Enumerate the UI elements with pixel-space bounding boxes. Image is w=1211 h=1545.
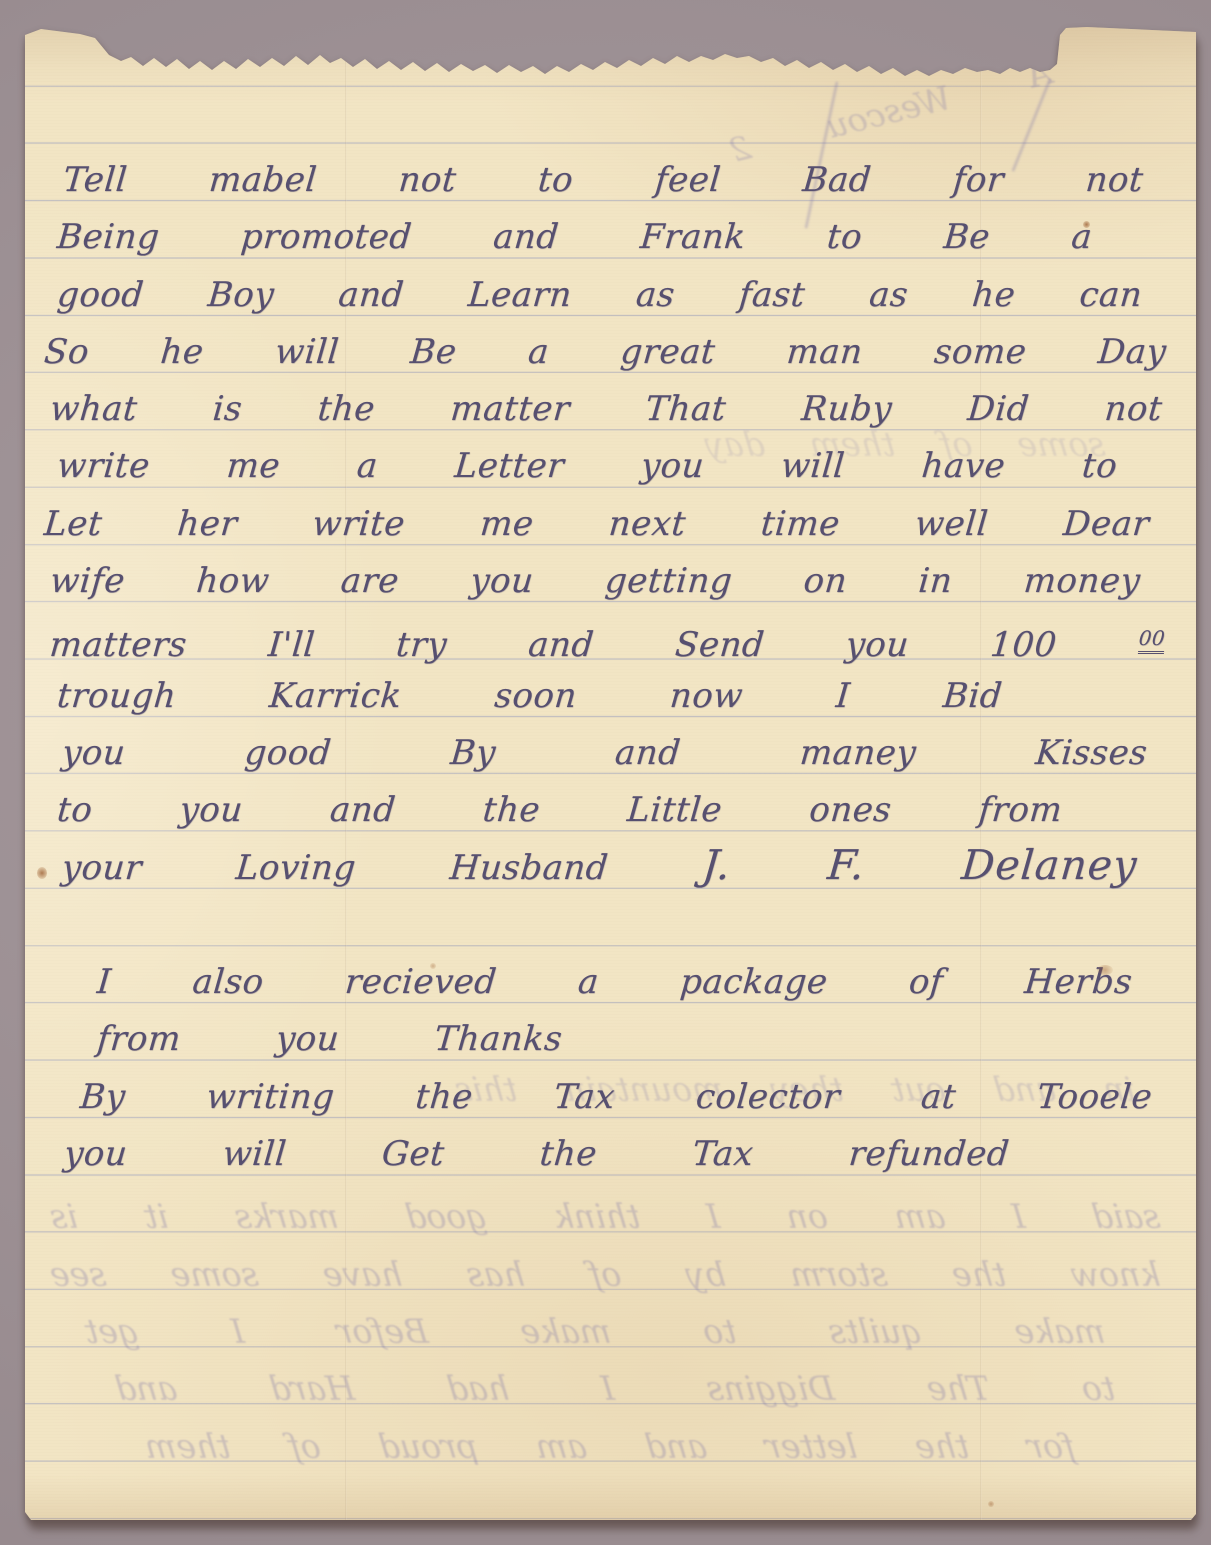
signature: J. F. Delaney [700, 841, 1139, 889]
stain-speck [37, 867, 47, 879]
handwriting-line-6: write me a Letter you will have to [55, 440, 1120, 492]
stain-speck [430, 963, 436, 969]
handwriting-line-10: trough Karrick soon now I Bid [55, 670, 1005, 722]
handwriting-line-1: Tell mabel not to feel Bad for not [61, 154, 1146, 206]
handwriting-line-11: you good By and maney Kisses [60, 727, 1150, 779]
bleedthrough-line: for the letter and am proud of them [142, 1422, 1077, 1472]
superscript-cents: 00 [1137, 626, 1166, 654]
bleedthrough-line: make quilts to make Befor I get [82, 1307, 1107, 1357]
handwriting-line-13: your Loving Husband J. F. Delaney [60, 839, 1140, 891]
handwriting-line-5: what is the matter That Ruby Did not [48, 383, 1165, 435]
handwriting-line-3: good Boy and Learn as fast as he can [55, 269, 1145, 321]
stain-speck [1097, 965, 1113, 975]
handwriting-line-12: to you and the Little ones from [55, 784, 1065, 836]
photo-background: A Wescou 2 some of them day in and out t… [0, 0, 1211, 1545]
bleedthrough-line: to The Diggins I had Hard and [112, 1364, 1117, 1414]
letter-page: A Wescou 2 some of them day in and out t… [25, 25, 1196, 1520]
handwriting-line-4: So he will Be a great man some Day [42, 326, 1169, 378]
bottom-edge-shading [25, 1474, 1196, 1520]
postscript-line-2: from you Thanks [95, 1013, 565, 1065]
closing-text: your Loving Husband [60, 848, 610, 888]
handwriting-line-2: Being promoted and Frank to Be a [55, 211, 1095, 263]
handwriting-line-8: wife how are you getting on in money [48, 555, 1143, 607]
paper-shadow: A Wescou 2 some of them day in and out t… [25, 25, 1196, 1520]
stain-speck [1083, 221, 1090, 228]
postscript-line-1: I also recieved a package of Herbs [95, 956, 1135, 1008]
bleedthrough-line: said I am on I think good marks it is [47, 1192, 1162, 1242]
postscript-line-3: By writing the Tax colector at Tooele [78, 1071, 1155, 1123]
amount-text: matters I'll try and Send you 100 [48, 625, 1059, 665]
handwriting-line-9: matters I'll try and Send you 100 00 [48, 612, 1168, 664]
handwriting-line-7: Let her write me next time well Dear [42, 498, 1152, 550]
postscript-line-4: you will Get the Tax refunded [62, 1128, 1012, 1180]
bleedthrough-line: know the storm by of has have some see [47, 1250, 1162, 1300]
stain-speck [988, 1501, 994, 1507]
